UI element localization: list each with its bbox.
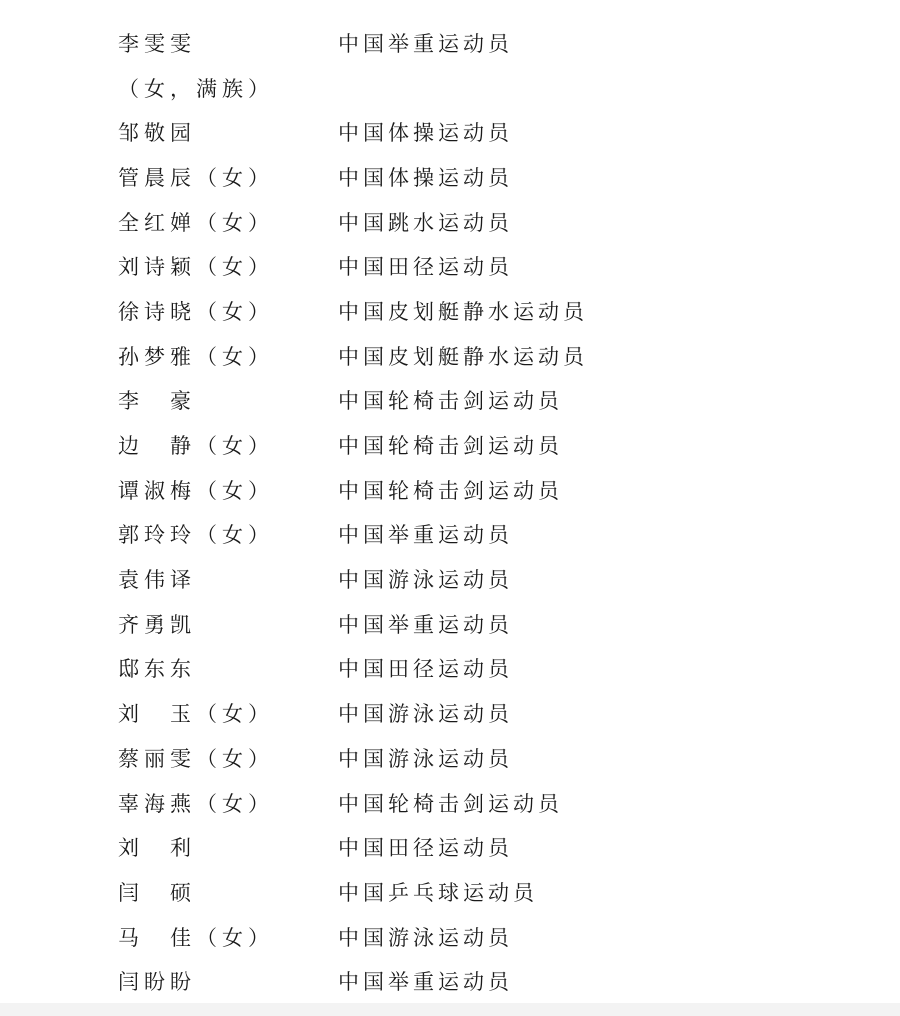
list-item: 蔡丽雯（女） 中国游泳运动员 xyxy=(0,737,900,782)
list-item: 辜海燕（女） 中国轮椅击剑运动员 xyxy=(0,782,900,827)
athlete-role: 中国体操运动员 xyxy=(338,168,513,189)
athlete-name: 谭淑梅（女） xyxy=(118,481,274,502)
athlete-role: 中国举重运动员 xyxy=(338,972,513,993)
list-item: 马 佳（女） 中国游泳运动员 xyxy=(0,916,900,961)
list-item: 刘 玉（女） 中国游泳运动员 xyxy=(0,692,900,737)
athlete-role: 中国轮椅击剑运动员 xyxy=(338,391,563,412)
athlete-role: 中国跳水运动员 xyxy=(338,213,513,234)
list-item: 李 豪 中国轮椅击剑运动员 xyxy=(0,380,900,425)
athlete-role: 中国田径运动员 xyxy=(338,257,513,278)
athlete-name: 蔡丽雯（女） xyxy=(118,749,274,770)
list-item: （女，满族） xyxy=(0,67,900,112)
list-item: 邸东东 中国田径运动员 xyxy=(0,648,900,693)
athlete-name: 李 豪 xyxy=(118,391,196,412)
athlete-role: 中国皮划艇静水运动员 xyxy=(338,347,588,368)
list-item: 闫盼盼 中国举重运动员 xyxy=(0,960,900,1005)
athlete-name: 刘诗颖（女） xyxy=(118,257,274,278)
athlete-name: 管晨辰（女） xyxy=(118,168,274,189)
athlete-name: 李雯雯 xyxy=(118,34,196,55)
athlete-role: 中国体操运动员 xyxy=(338,123,513,144)
athlete-name: 袁伟译 xyxy=(118,570,196,591)
athlete-name: 刘 玉（女） xyxy=(118,704,274,725)
athlete-role: 中国轮椅击剑运动员 xyxy=(338,481,563,502)
athlete-name: 辜海燕（女） xyxy=(118,794,274,815)
athlete-role: 中国田径运动员 xyxy=(338,659,513,680)
list-item: 管晨辰（女） 中国体操运动员 xyxy=(0,156,900,201)
list-item: 袁伟译 中国游泳运动员 xyxy=(0,558,900,603)
athlete-role: 中国举重运动员 xyxy=(338,615,513,636)
athlete-name: 马 佳（女） xyxy=(118,928,274,949)
athlete-name: 郭玲玲（女） xyxy=(118,525,274,546)
athlete-role: 中国举重运动员 xyxy=(338,525,513,546)
athlete-role: 中国乒乓球运动员 xyxy=(338,883,538,904)
list-item: 刘诗颖（女） 中国田径运动员 xyxy=(0,245,900,290)
athlete-name: 邹敬园 xyxy=(118,123,196,144)
athlete-list: 李雯雯 中国举重运动员 （女，满族） 邹敬园 中国体操运动员 管晨辰（女） 中国… xyxy=(0,22,900,1005)
athlete-role: 中国游泳运动员 xyxy=(338,749,513,770)
list-item: 齐勇凯 中国举重运动员 xyxy=(0,603,900,648)
list-item: 谭淑梅（女） 中国轮椅击剑运动员 xyxy=(0,469,900,514)
athlete-name: 齐勇凯 xyxy=(118,615,196,636)
list-item: 李雯雯 中国举重运动员 xyxy=(0,22,900,67)
athlete-name: 徐诗晓（女） xyxy=(118,302,274,323)
athlete-role: 中国游泳运动员 xyxy=(338,570,513,591)
list-item: 郭玲玲（女） 中国举重运动员 xyxy=(0,514,900,559)
athlete-name: 邸东东 xyxy=(118,659,196,680)
athlete-role: 中国皮划艇静水运动员 xyxy=(338,302,588,323)
list-item: 闫 硕 中国乒乓球运动员 xyxy=(0,871,900,916)
athlete-role: 中国游泳运动员 xyxy=(338,704,513,725)
athlete-name: 闫 硕 xyxy=(118,883,196,904)
athlete-role: 中国田径运动员 xyxy=(338,838,513,859)
list-item: 边 静（女） 中国轮椅击剑运动员 xyxy=(0,424,900,469)
athlete-name: 边 静（女） xyxy=(118,436,274,457)
athlete-role: 中国举重运动员 xyxy=(338,34,513,55)
athlete-role: 中国游泳运动员 xyxy=(338,928,513,949)
athlete-name: 全红婵（女） xyxy=(118,213,274,234)
athlete-name: 刘 利 xyxy=(118,838,196,859)
list-item: 徐诗晓（女） 中国皮划艇静水运动员 xyxy=(0,290,900,335)
athlete-role: 中国轮椅击剑运动员 xyxy=(338,436,563,457)
athlete-role: 中国轮椅击剑运动员 xyxy=(338,794,563,815)
list-item: 孙梦雅（女） 中国皮划艇静水运动员 xyxy=(0,335,900,380)
athlete-name: 孙梦雅（女） xyxy=(118,347,274,368)
athlete-name: 闫盼盼 xyxy=(118,972,196,993)
list-item: 全红婵（女） 中国跳水运动员 xyxy=(0,201,900,246)
list-item: 刘 利 中国田径运动员 xyxy=(0,826,900,871)
list-item: 邹敬园 中国体操运动员 xyxy=(0,111,900,156)
document-page: 李雯雯 中国举重运动员 （女，满族） 邹敬园 中国体操运动员 管晨辰（女） 中国… xyxy=(0,0,900,1003)
athlete-name: （女，满族） xyxy=(118,79,274,100)
page-bottom-edge xyxy=(0,1003,900,1016)
